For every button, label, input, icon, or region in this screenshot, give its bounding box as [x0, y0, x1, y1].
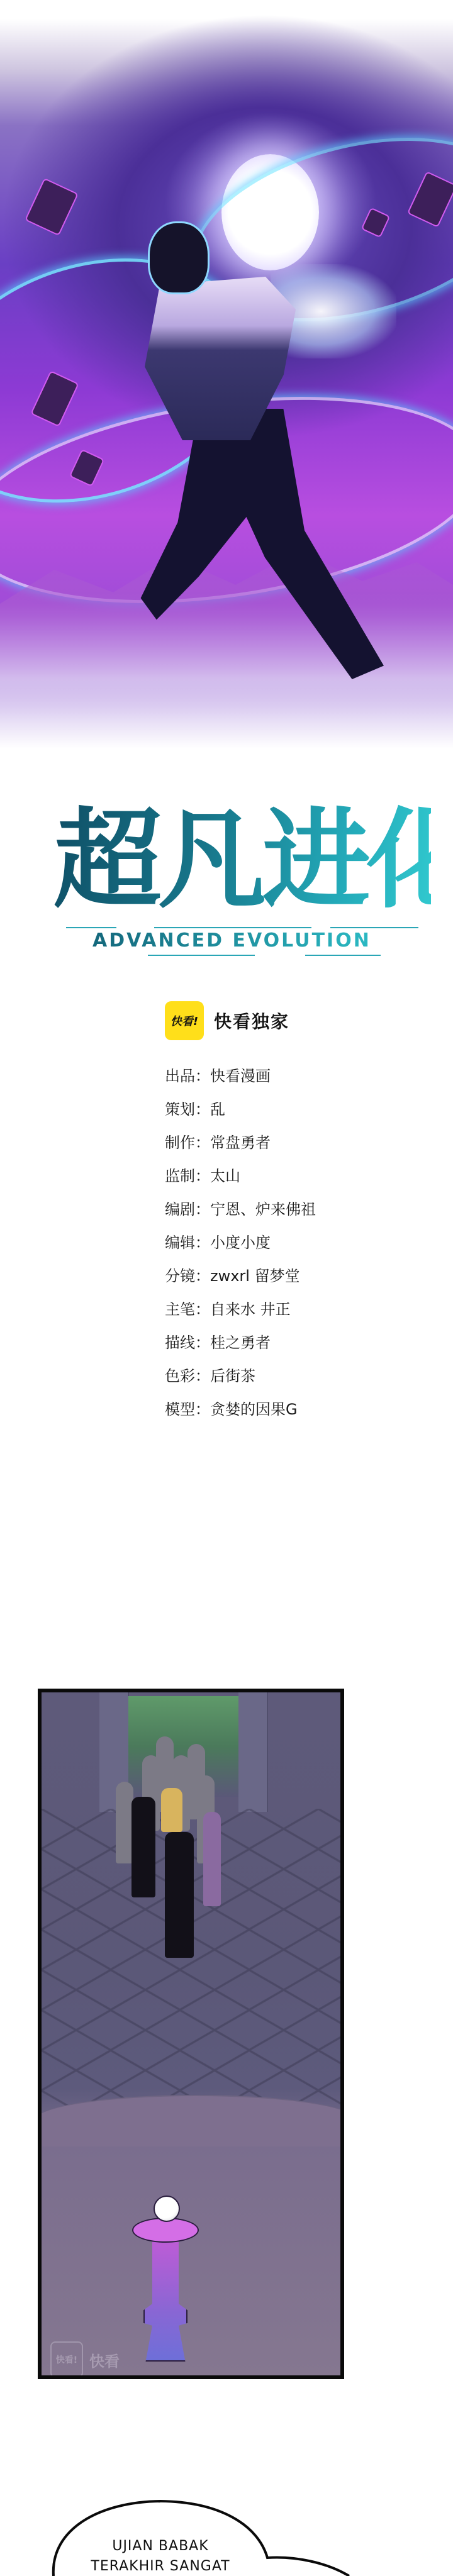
credit-name: 乱	[210, 1101, 225, 1118]
credit-row: 编剧：宁恩、炉来佛祖	[165, 1199, 316, 1233]
credit-sep: ：	[195, 1201, 210, 1218]
credit-role: 分镜	[165, 1267, 195, 1285]
character-suit	[165, 1832, 194, 1958]
silhouette-figure	[116, 1782, 133, 1863]
credit-name: 小度小度	[210, 1234, 271, 1252]
credit-sep: ：	[195, 1067, 210, 1085]
logo-decor-line	[148, 955, 255, 956]
credit-row: 描线：桂之勇者	[165, 1333, 316, 1366]
credit-role: 编剧	[165, 1201, 195, 1218]
credit-sep: ：	[195, 1301, 210, 1318]
credit-name: 常盘勇者	[210, 1134, 271, 1152]
credit-name: 太山	[210, 1167, 240, 1185]
credit-name: 宁恩、炉来佛祖	[210, 1201, 316, 1218]
brand-label: 快看独家	[214, 1008, 289, 1033]
white-orb	[154, 2196, 180, 2222]
credit-row: 制作：常盘勇者	[165, 1133, 316, 1166]
credit-row: 监制：太山	[165, 1166, 316, 1199]
credit-role: 编辑	[165, 1234, 195, 1252]
watermark: 快看! 快看	[50, 2341, 120, 2378]
credit-role: 主笔	[165, 1301, 195, 1318]
credit-sep: ：	[195, 1267, 210, 1285]
credit-row: 出品：快看漫画	[165, 1066, 316, 1099]
logo-decor-line	[154, 927, 311, 928]
credit-sep: ：	[195, 1401, 210, 1418]
credit-role: 监制	[165, 1167, 195, 1185]
credit-row: 模型：贪婪的因果G	[165, 1399, 316, 1433]
credit-row: 策划：乱	[165, 1099, 316, 1133]
credit-row: 色彩：后街茶	[165, 1366, 316, 1399]
comic-panel: 快看! 快看	[38, 1689, 344, 2379]
credit-name: zwxrl 留梦堂	[210, 1267, 300, 1285]
logo-title-en: ADVANCED EVOLUTION	[92, 930, 371, 952]
speech-line-2: TERAKHIR SANGAT	[52, 2558, 269, 2574]
credit-sep: ：	[195, 1167, 210, 1185]
character-protagonist	[131, 1797, 155, 1897]
speech-line-1: UJIAN BABAK	[52, 2538, 269, 2554]
floating-rock	[25, 178, 79, 236]
credit-sep: ：	[195, 1234, 210, 1252]
watermark-logo-icon: 快看!	[50, 2341, 83, 2378]
character-woman	[203, 1812, 221, 1906]
credits-list: 出品：快看漫画 策划：乱 制作：常盘勇者 监制：太山 编剧：宁恩、炉来佛祖 编辑…	[165, 1066, 316, 1433]
logo-decor-line	[305, 955, 381, 956]
credit-row: 编辑：小度小度	[165, 1233, 316, 1266]
credit-name: 快看漫画	[210, 1067, 271, 1085]
credit-role: 制作	[165, 1134, 195, 1152]
credit-role: 模型	[165, 1401, 195, 1418]
logo-decor-line	[66, 927, 116, 928]
credit-name: 自来水 井正	[210, 1301, 291, 1318]
pillar	[238, 1692, 268, 1812]
character-blonde	[161, 1788, 182, 1832]
series-logo: 超凡进化 ADVANCED EVOLUTION	[53, 797, 431, 955]
credit-role: 色彩	[165, 1367, 195, 1385]
kuaikan-logo-icon: 快看!	[165, 1001, 204, 1040]
exclusive-brand: 快看! 快看独家	[165, 1001, 289, 1040]
credit-row: 分镜：zwxrl 留梦堂	[165, 1266, 316, 1299]
credit-sep: ：	[195, 1334, 210, 1352]
credit-row: 主笔：自来水 井正	[165, 1299, 316, 1333]
credit-role: 策划	[165, 1101, 195, 1118]
logo-title-cn: 超凡进化	[53, 797, 431, 923]
credit-name: 桂之勇者	[210, 1334, 271, 1352]
credit-name: 贪婪的因果G	[210, 1401, 298, 1418]
stone-platform	[38, 2095, 344, 2146]
credit-role: 描线	[165, 1334, 195, 1352]
character-head	[150, 223, 208, 292]
cover-illustration	[0, 0, 453, 755]
credit-sep: ：	[195, 1367, 210, 1385]
pedestal	[143, 2233, 187, 2362]
credit-name: 后街茶	[210, 1367, 255, 1385]
watermark-text: 快看	[89, 2349, 120, 2371]
credit-sep: ：	[195, 1134, 210, 1152]
credit-sep: ：	[195, 1101, 210, 1118]
credit-role: 出品	[165, 1067, 195, 1085]
logo-decor-line	[330, 927, 418, 928]
